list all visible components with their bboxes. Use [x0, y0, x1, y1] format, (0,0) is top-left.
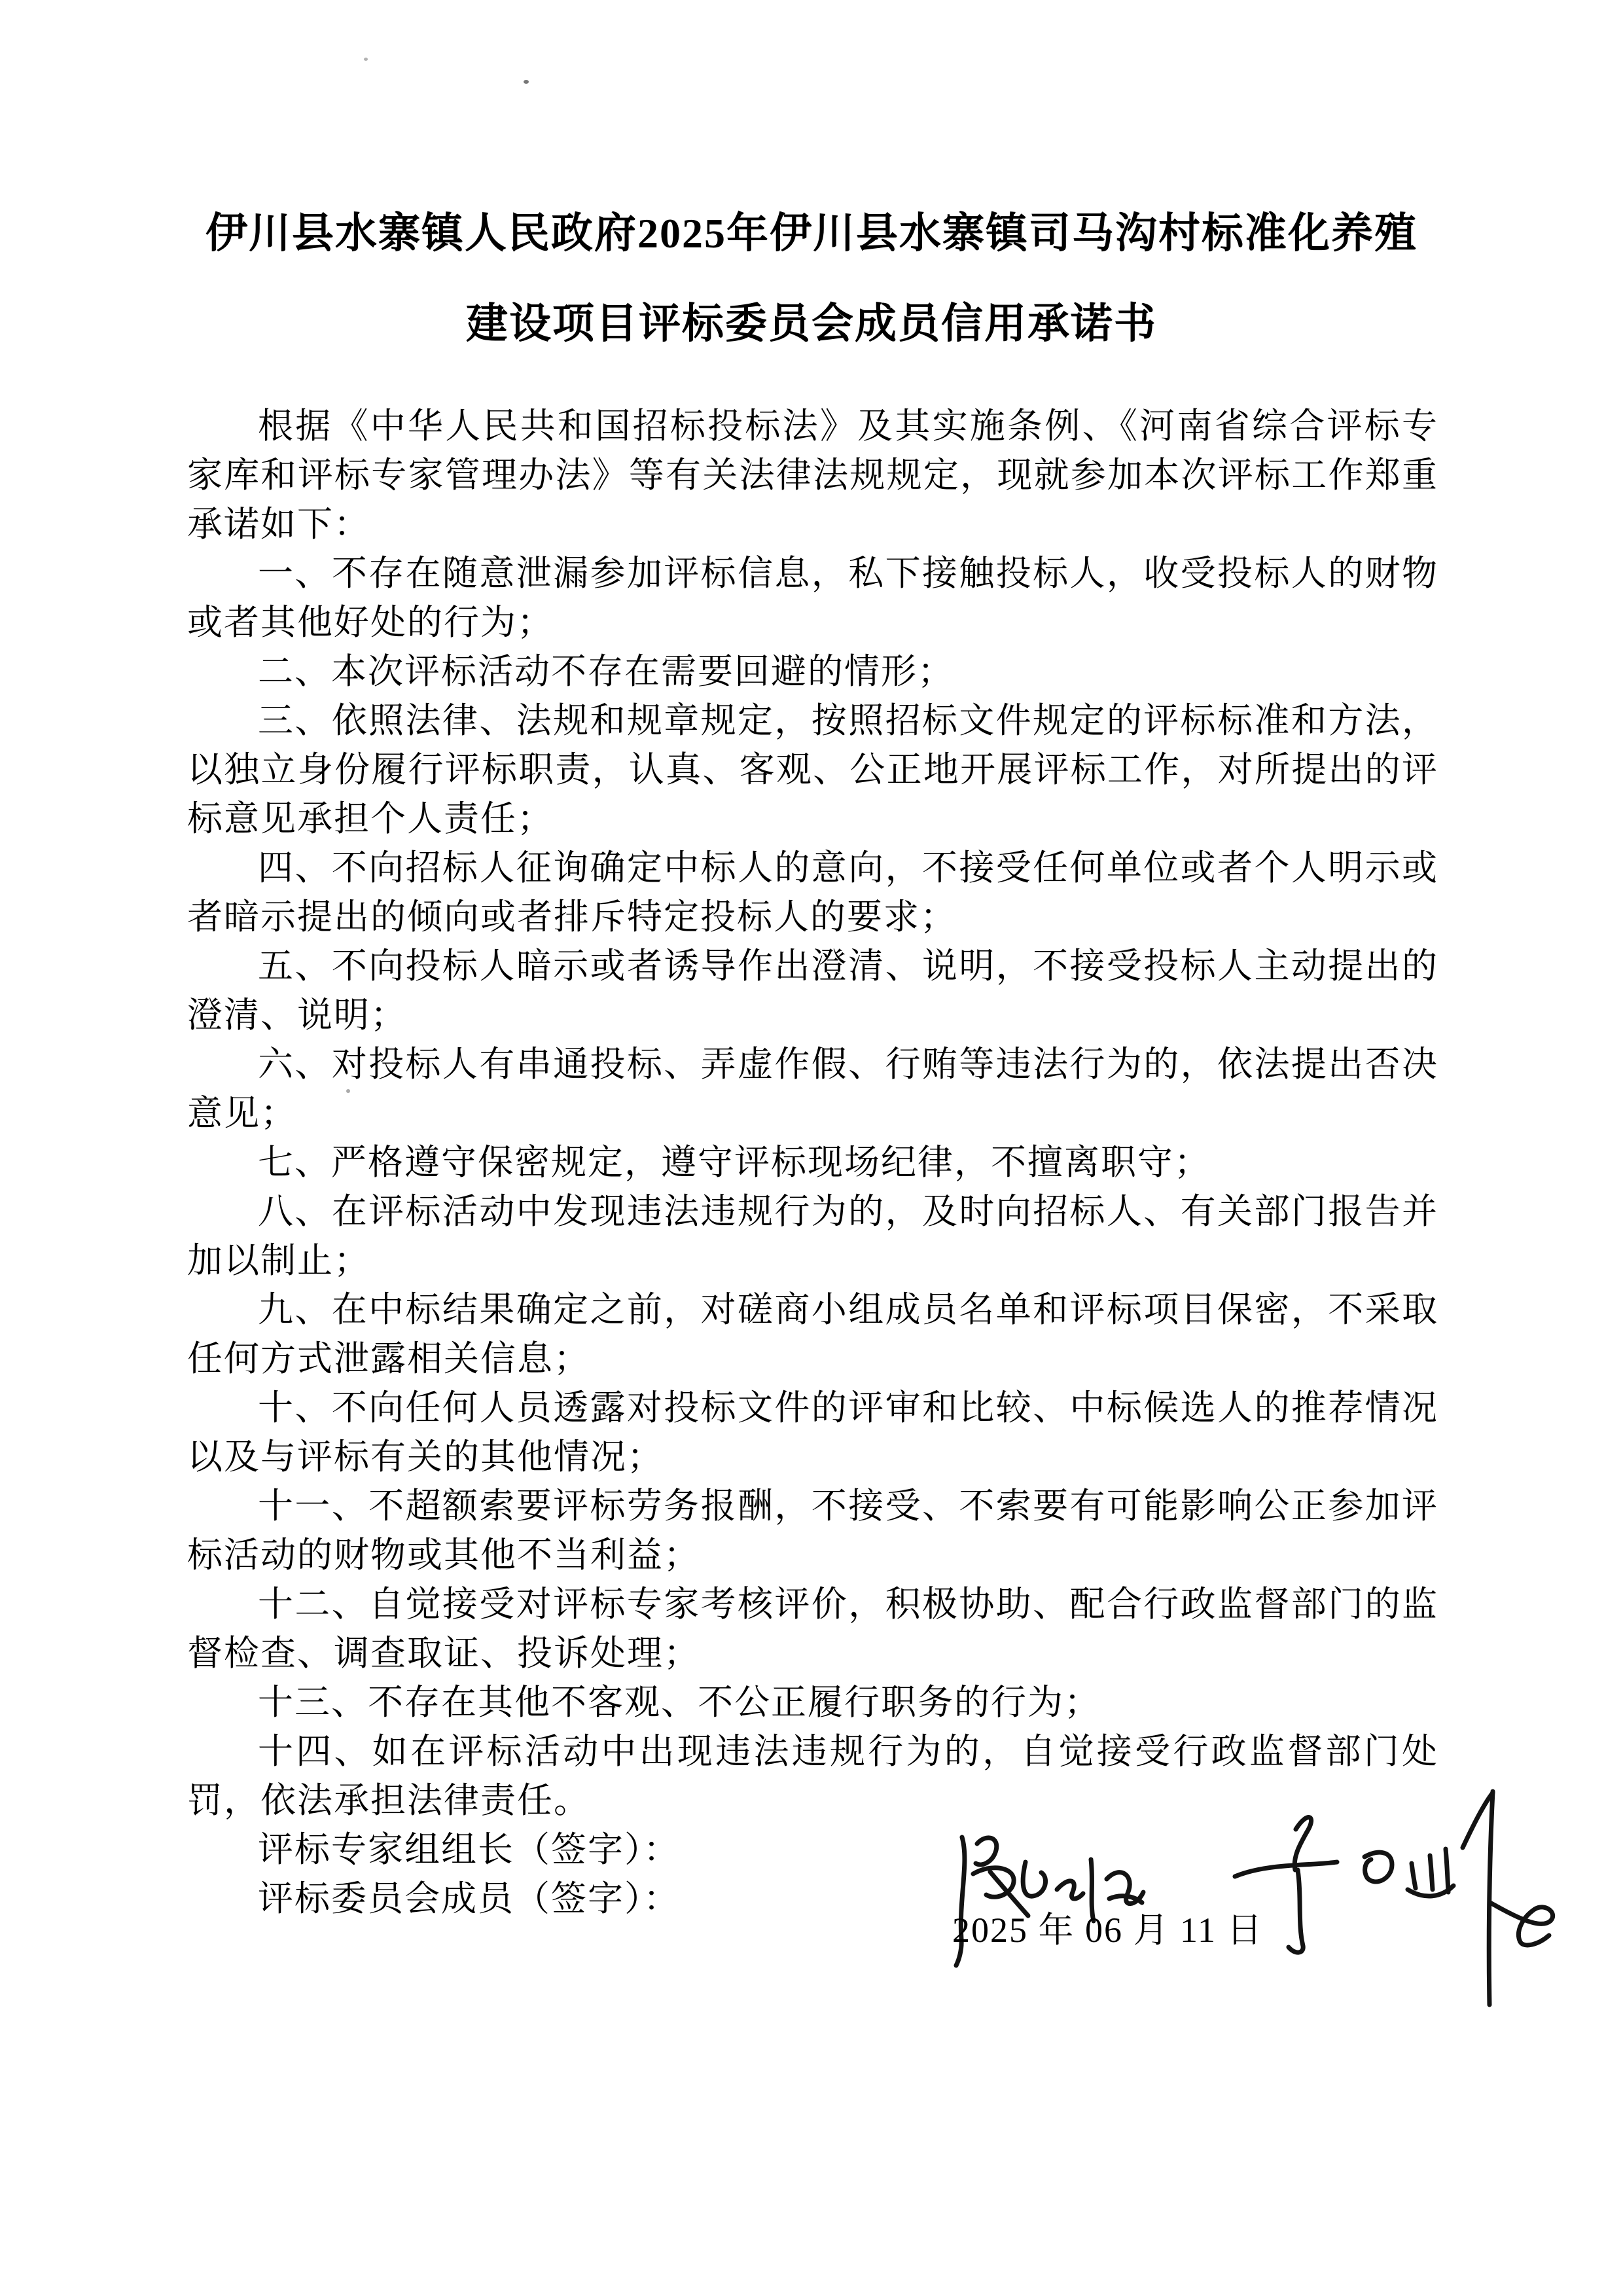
commitment-item: 三、依照法律、法规和规章规定，按照招标文件规定的评标标准和方法，以独立身份履行评… [187, 696, 1438, 844]
document-body: 根据《中华人民共和国招标投标法》及其实施条例、《河南省综合评标专家库和评标专家管… [187, 402, 1438, 1924]
commitment-item: 六、对投标人有串通投标、弄虚作假、行贿等违法行为的，依法提出否决意见； [187, 1040, 1438, 1138]
title-line-1: 伊川县水寨镇人民政府2025年伊川县水寨镇司马沟村标准化养殖 [157, 188, 1466, 279]
commitment-item: 一、不存在随意泄漏参加评标信息，私下接触投标人，收受投标人的财物或者其他好处的行… [187, 549, 1438, 647]
commitment-item: 五、不向投标人暗示或者诱导作出澄清、说明，不接受投标人主动提出的澄清、说明； [187, 942, 1438, 1040]
date-line: 2025 年 06 月 11 日 [952, 1902, 1264, 1952]
document-page: 伊川县水寨镇人民政府2025年伊川县水寨镇司马沟村标准化养殖 建设项目评标委员会… [0, 0, 1623, 2296]
commitment-item: 十二、自觉接受对评标专家考核评价，积极协助、配合行政监督部门的监督检查、调查取证… [187, 1580, 1438, 1678]
commitment-item: 九、在中标结果确定之前，对磋商小组成员名单和评标项目保密，不采取任何方式泄露相关… [187, 1285, 1438, 1384]
scan-noise-dot [364, 58, 368, 61]
commitment-item-list: 一、不存在随意泄漏参加评标信息，私下接触投标人，收受投标人的财物或者其他好处的行… [187, 549, 1438, 1825]
commitment-item: 四、不向招标人征询确定中标人的意向，不接受任何单位或者个人明示或者暗示提出的倾向… [187, 844, 1438, 942]
commitment-item: 十一、不超额索要评标劳务报酬，不接受、不索要有可能影响公正参加评标活动的财物或其… [187, 1482, 1438, 1580]
commitment-item: 七、严格遵守保密规定，遵守评标现场纪律，不擅离职守； [187, 1138, 1438, 1187]
document-title: 伊川县水寨镇人民政府2025年伊川县水寨镇司马沟村标准化养殖 建设项目评标委员会… [157, 0, 1466, 369]
commitment-item: 十、不向任何人员透露对投标文件的评审和比较、中标候选人的推荐情况以及与评标有关的… [187, 1384, 1438, 1482]
commitment-item: 二、本次评标活动不存在需要回避的情形； [187, 647, 1438, 696]
commitment-item: 十三、不存在其他不客观、不公正履行职务的行为； [187, 1678, 1438, 1727]
scan-noise-dot [524, 80, 529, 84]
title-line-2: 建设项目评标委员会成员信用承诺书 [157, 279, 1466, 369]
handwritten-signature-3 [1235, 1791, 1553, 2005]
intro-paragraph: 根据《中华人民共和国招标投标法》及其实施条例、《河南省综合评标专家库和评标专家管… [187, 402, 1438, 549]
commitment-item: 八、在评标活动中发现违法违规行为的，及时向招标人、有关部门报告并加以制止； [187, 1187, 1438, 1285]
scan-noise-dot [346, 1089, 350, 1093]
handwritten-signatures [913, 1764, 1600, 2039]
